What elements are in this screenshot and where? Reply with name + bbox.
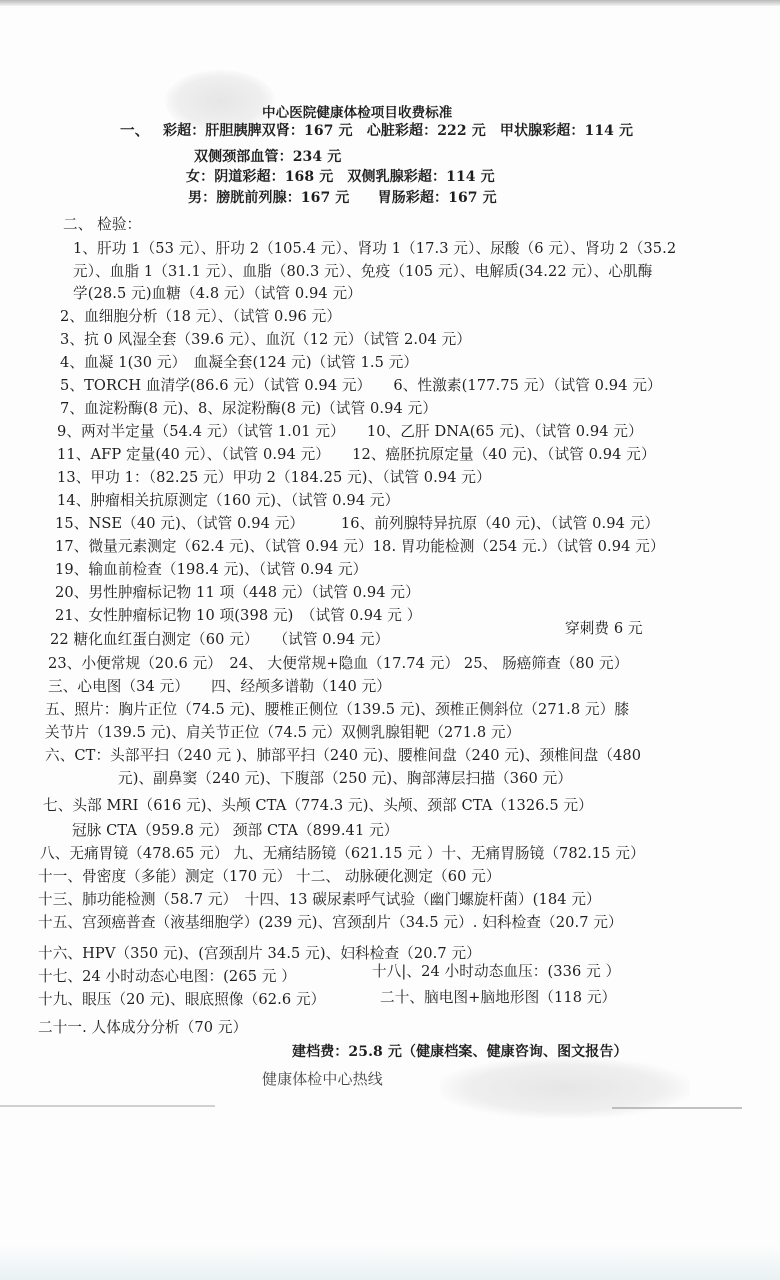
section-holter-ecg: 十七、24 小时动态心电图：(265 元 ） xyxy=(38,968,296,986)
lab-line: 20、男性肿瘤标记物 11 项（448 元）（试管 0.94 元） xyxy=(55,584,420,602)
lab-line: 1、肝功 1（53 元）、肝功 2（105.4 元）、肾功 1（17.3 元）、… xyxy=(73,240,676,258)
section-ct-line-1: 六、CT：头部平扫（240 元 )、肺部平扫（240 元)、腰椎间盘（240 元… xyxy=(45,747,641,765)
redacted-hotline-number xyxy=(440,1058,690,1118)
section-heading: 二、 检验： xyxy=(63,216,141,234)
lab-line: 17、微量元素测定（62.4 元)、（试管 0.94 元）18. 胃功能检测（2… xyxy=(55,538,665,556)
section-mri-line-2: 冠脉 CTA（959.8 元） 颈部 CTA（899.41 元） xyxy=(72,822,398,840)
ultrasound-line-3: 女：阴道彩超：168 元 双侧乳腺彩超：114 元 xyxy=(186,168,495,186)
lab-line: 21、女性肿瘤标记物 10 项(398 元) （试管 0.94 元 ） xyxy=(55,607,421,625)
filing-fee: 建档费：25.8 元（健康档案、健康咨询、图文报告） xyxy=(292,1043,628,1061)
lab-line: 元）、血脂 1（31.1 元）、血脂（80.3 元）、免疫（105 元）、电解质… xyxy=(73,263,652,281)
ultrasound-line-4: 男：膀胱前列腺：167 元 胃肠彩超：167 元 xyxy=(188,189,497,207)
paper-top-edge xyxy=(0,0,780,6)
lab-line: 14、肿瘤相关抗原测定（160 元)、（试管 0.94 元） xyxy=(57,492,399,510)
lab-line: 19、输血前检查（198.4 元)、（试管 0.94 元） xyxy=(55,561,367,579)
puncture-fee: 穿刺费 6 元 xyxy=(565,620,643,638)
lab-line: 23、小便常规（20.6 元） 24、 大便常规+隐血（17.74 元） 25、… xyxy=(48,655,628,673)
paper-fold-line xyxy=(612,1107,742,1109)
paper-bottom-edge xyxy=(0,1245,780,1280)
section-ecg-tcd: 三、心电图（34 元） 四、经颅多谱勒（140 元） xyxy=(48,678,391,696)
lab-line: 22 糖化血红蛋白测定（60 元） （试管 0.94 元） xyxy=(50,631,389,649)
lab-line: 学(28.5 元)血糖（4.8 元）（试管 0.94 元） xyxy=(73,285,362,303)
section-eeg: 二十、脑电图+脑地形图（118 元） xyxy=(380,989,616,1007)
ultrasound-line-2: 双侧颈部血管：234 元 xyxy=(194,148,341,166)
document-title: 中心医院健康体检项目收费标准 xyxy=(262,104,452,122)
lab-line: 2、血细胞分析（18 元）、（试管 0.96 元） xyxy=(60,308,341,326)
section-number: 一、 xyxy=(120,122,149,140)
section-cervical-screening: 十五、宫颈癌普查（液基细胞学）(239 元)、宫颈刮片（34.5 元）. 妇科检… xyxy=(38,914,623,932)
section-endoscopy: 八、无痛胃镜（478.65 元） 九、无痛结肠镜（621.15 元 ）十、无痛胃… xyxy=(40,845,645,863)
section-ct-line-2: 元)、副鼻窦（240 元)、下腹部（250 元)、胸部薄层扫描（360 元） xyxy=(118,770,572,788)
section-xray-line-2: 关节片（139.5 元)、肩关节正位（74.5 元）双侧乳腺钼靶（271.8 元… xyxy=(45,724,520,742)
ultrasound-line-1: 彩超：肝胆胰脾双肾：167 元 心脏彩超：222 元 甲状腺彩超：114 元 xyxy=(163,122,633,140)
lab-line: 11、AFP 定量(40 元）、（试管 0.94 元） 12、癌胚抗原定量（40… xyxy=(57,446,656,464)
section-mri-line-1: 七、头部 MRI（616 元)、头颅 CTA（774.3 元)、头颅、颈部 CT… xyxy=(43,797,593,815)
section-xray-line-1: 五、照片：胸片正位（74.5 元)、腰椎正侧位（139.5 元)、颈椎正侧斜位（… xyxy=(45,701,629,719)
lab-line: 5、TORCH 血清学(86.6 元）（试管 0.94 元） 6、性激素(177… xyxy=(60,377,662,395)
section-eye-exam: 十九、眼压（20 元)、眼底照像（62.6 元） xyxy=(38,991,325,1009)
section-hpv: 十六、HPV（350 元)、(宫颈刮片 34.5 元)、妇科检查（20.7 元） xyxy=(38,945,481,963)
section-bone-density: 十一、骨密度（多能）测定（170 元） 十二、 动脉硬化测定（60 元） xyxy=(38,868,501,886)
lab-line: 9、两对半定量（54.4 元）（试管 1.01 元） 10、乙肝 DNA(65 … xyxy=(57,423,643,441)
section-ambulatory-bp: 十八|、24 小时动态血压：(336 元 ） xyxy=(372,963,620,981)
section-body-composition: 二十一. 人体成分分析（70 元） xyxy=(38,1019,247,1037)
lab-line: 3、抗 0 风湿全套（39.6 元）、血沉（12 元）（试管 2.04 元） xyxy=(60,331,471,349)
section-lung-function: 十三、肺功能检测（58.7 元） 十四、13 碳尿素呼气试验（幽门螺旋杆菌）(1… xyxy=(38,891,601,909)
hotline-label: 健康体检中心热线 xyxy=(262,1070,383,1088)
lab-line: 13、甲功 1：（82.25 元）甲功 2（184.25 元)、（试管 0.94… xyxy=(57,469,491,487)
lab-line: 4、血凝 1(30 元） 血凝全套(124 元)（试管 1.5 元） xyxy=(60,354,418,372)
paper-fold-line xyxy=(0,1105,215,1107)
lab-line: 15、NSE（40 元)、（试管 0.94 元） 16、前列腺特异抗原（40 元… xyxy=(55,515,659,533)
lab-line: 7、血淀粉酶(8 元)、8、尿淀粉酶(8 元)（试管 0.94 元） xyxy=(60,400,437,418)
